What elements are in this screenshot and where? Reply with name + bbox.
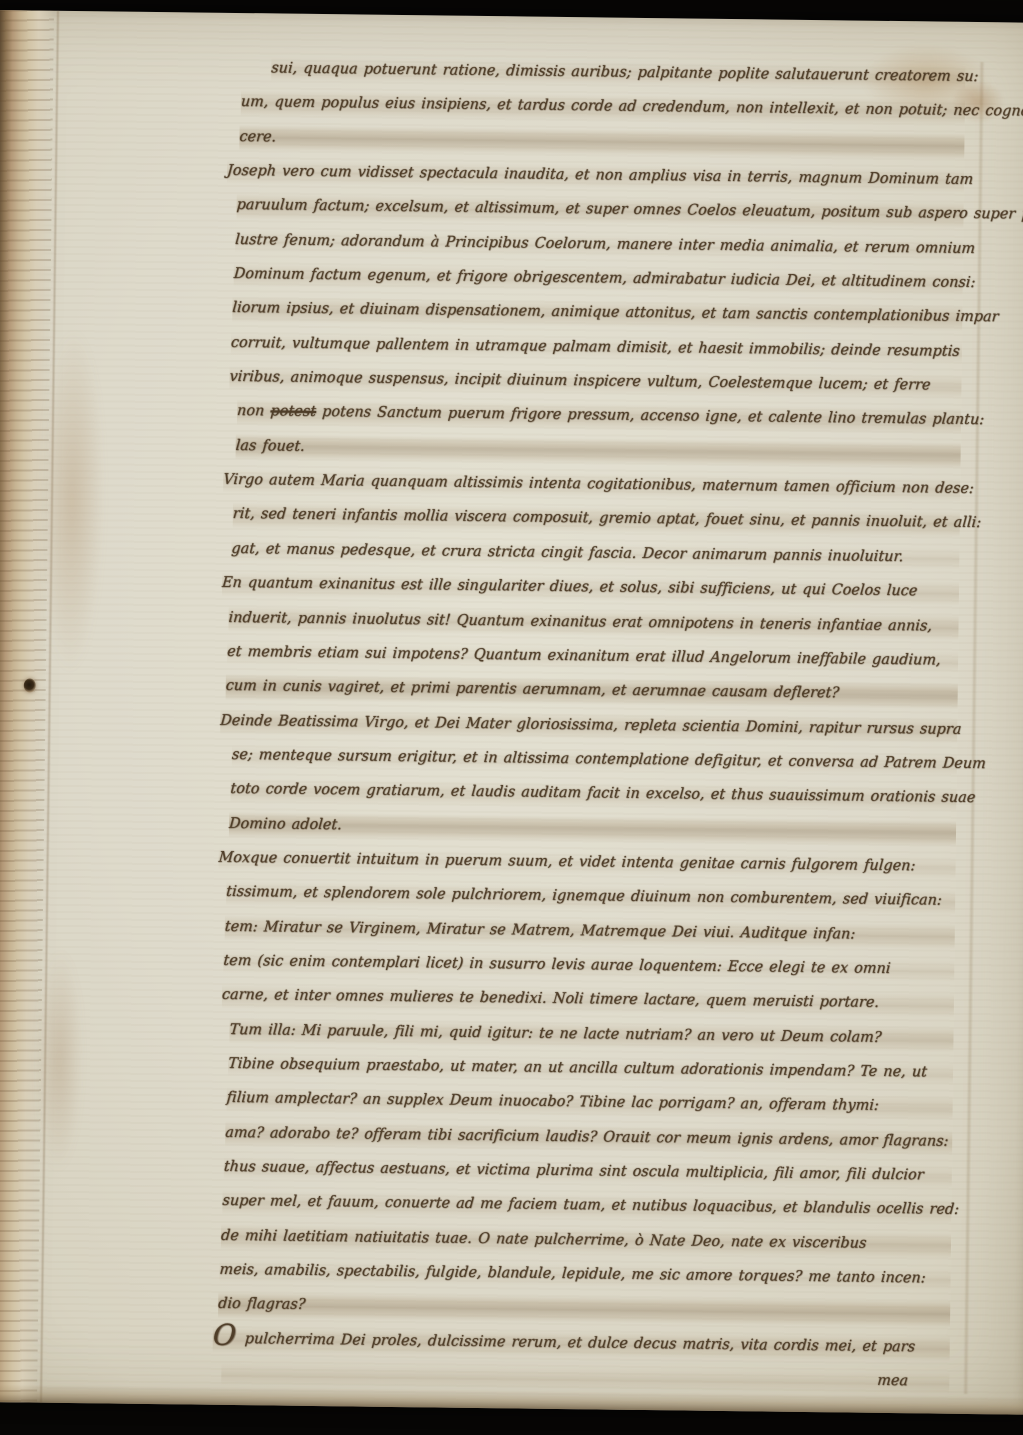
fox-stain (35, 951, 84, 1172)
text-block: sui, quaqua potuerunt ratione, dimissis … (221, 51, 965, 1399)
page-edge-gutter (0, 10, 54, 1403)
photograph-background: sui, quaqua potuerunt ratione, dimissis … (0, 0, 1023, 1435)
wormhole-mark (24, 678, 36, 692)
manuscript-page: sui, quaqua potuerunt ratione, dimissis … (0, 10, 1023, 1415)
handwritten-text: mea (876, 1364, 910, 1399)
handwritten-text: Domino adolet. (228, 807, 344, 843)
handwritten-text: cere. (238, 120, 278, 155)
struck-word: potest (269, 403, 316, 421)
handwritten-text: las fouet. (234, 429, 306, 464)
